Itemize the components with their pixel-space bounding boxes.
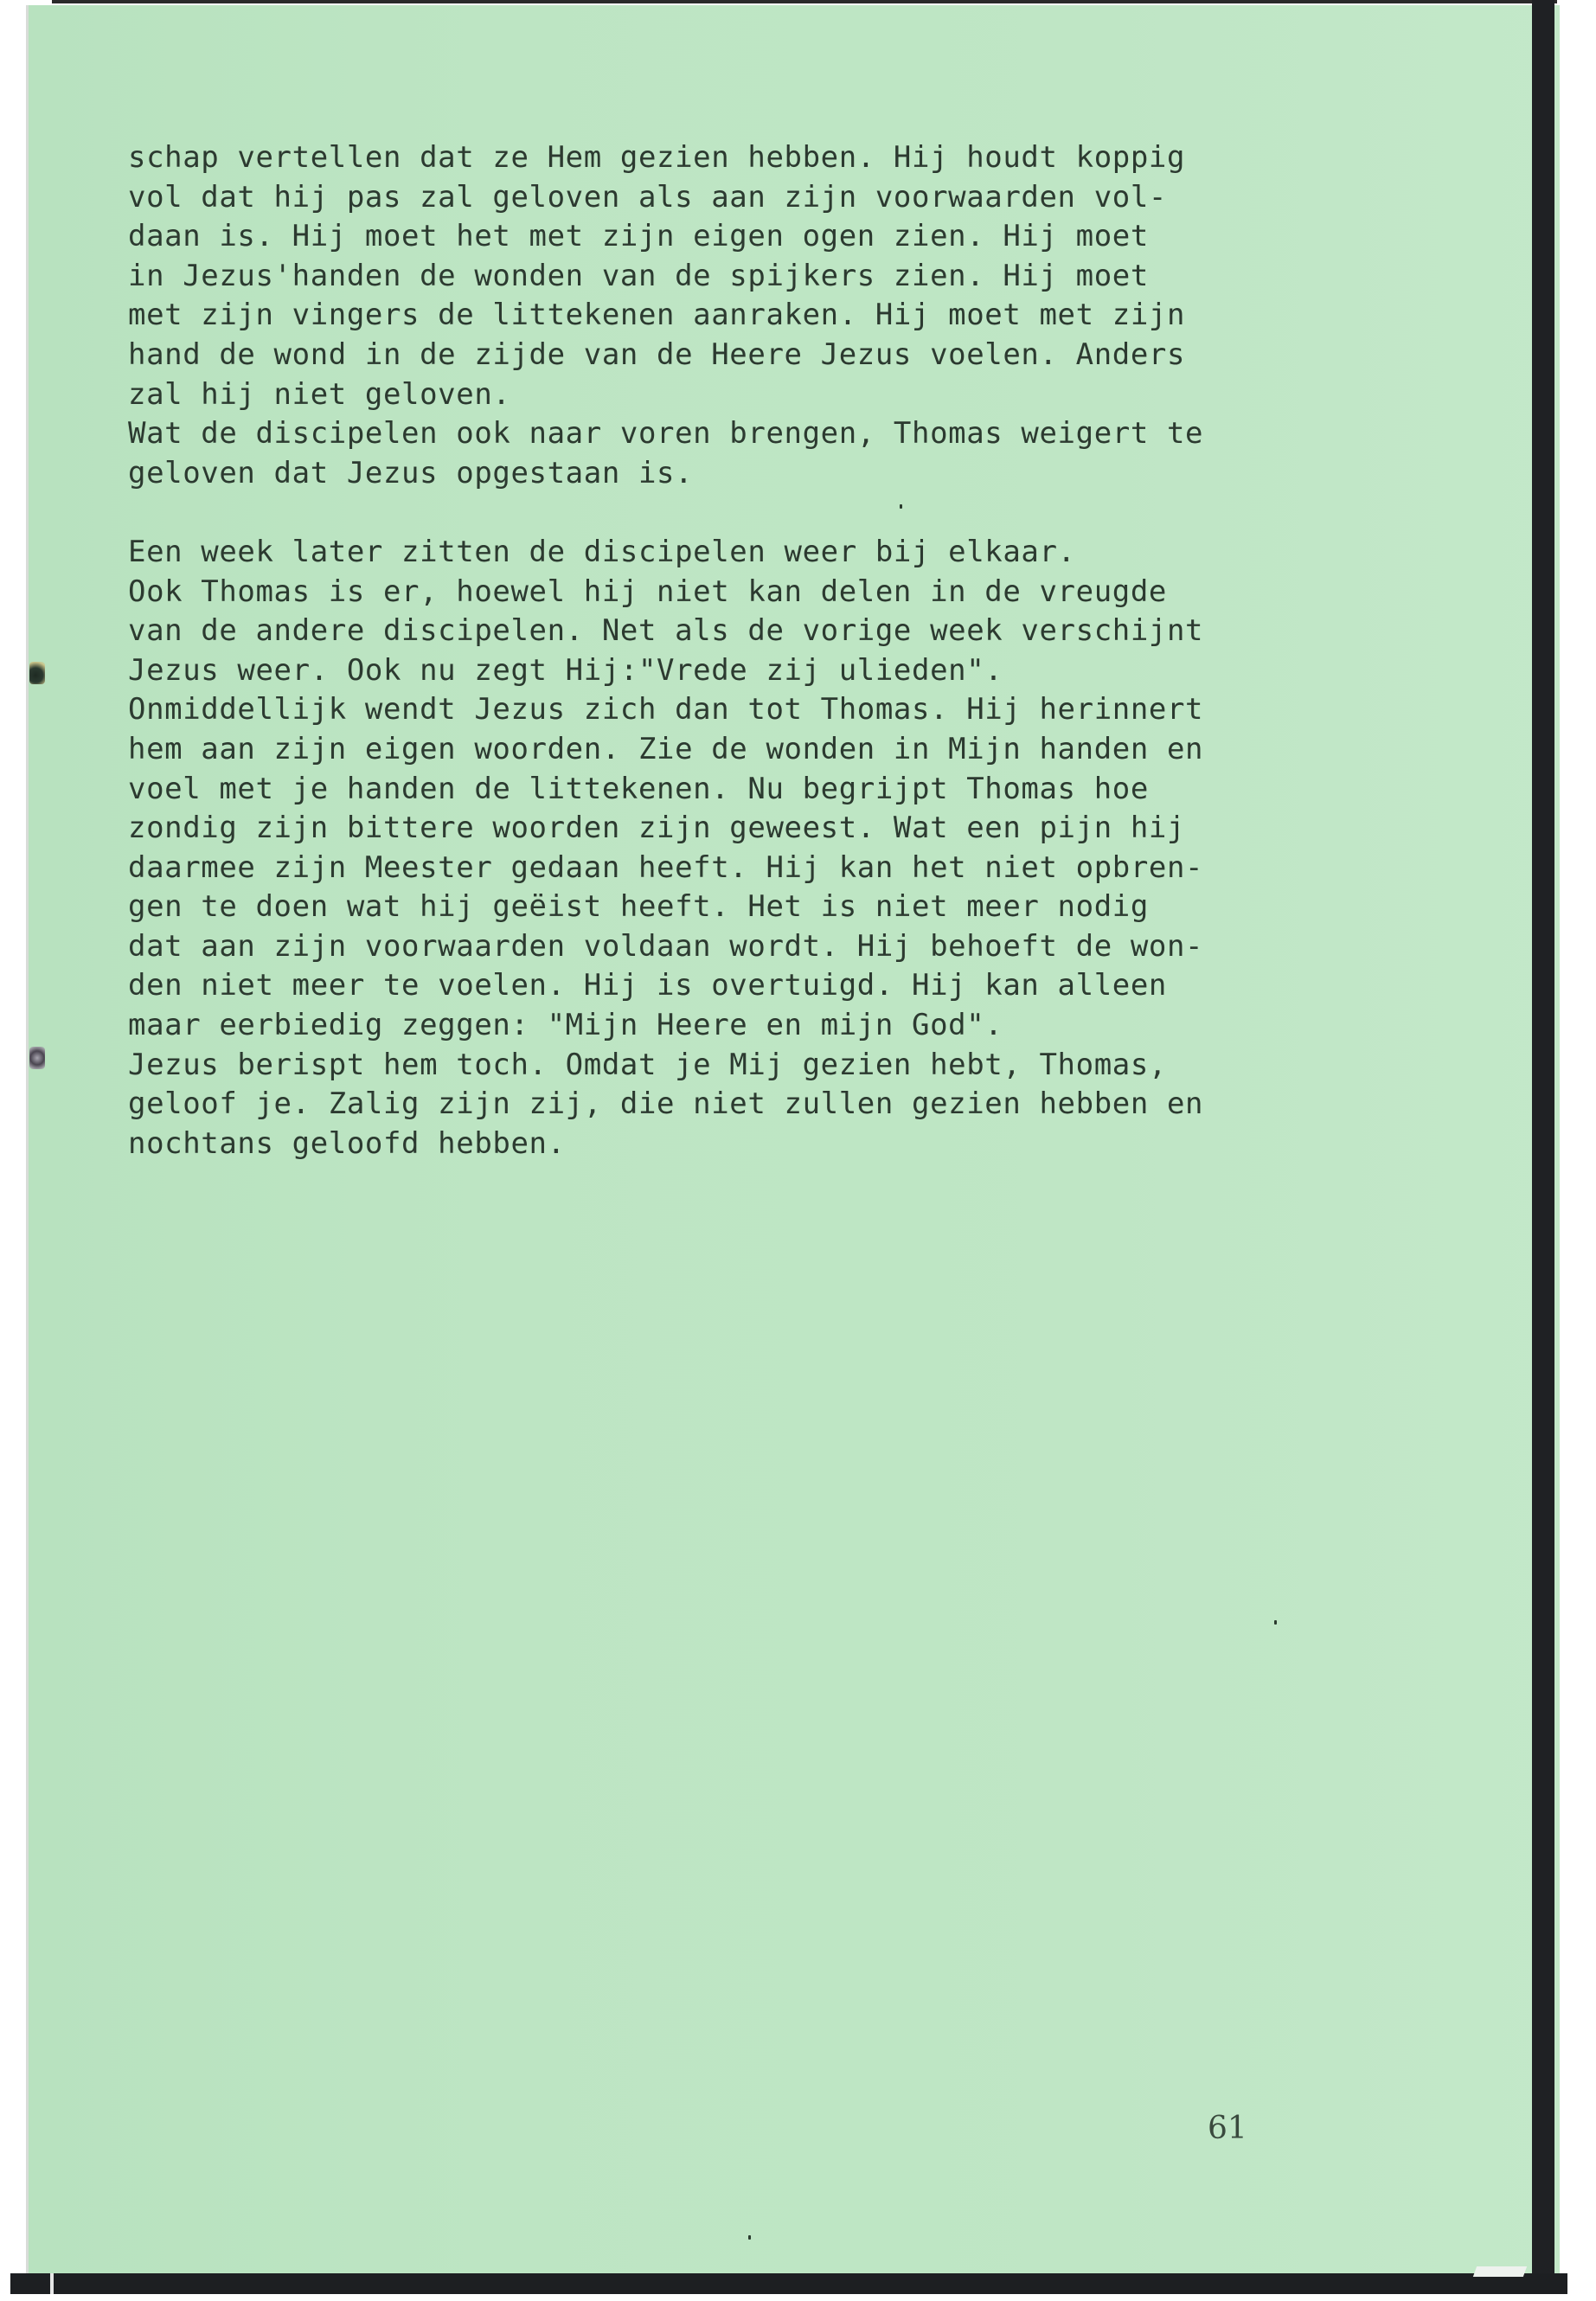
- paper-speck: [1274, 1620, 1277, 1625]
- text-line: geloof je. Zalig zijn zij, die niet zull…: [128, 1085, 1356, 1125]
- bottom-edge-gap: [50, 2273, 54, 2294]
- bottom-binding-edge: [10, 2273, 1567, 2294]
- staple-top-icon: [29, 662, 45, 684]
- text-line: Wat de discipelen ook naar voren brengen…: [128, 414, 1356, 454]
- top-edge-rule: [52, 0, 1557, 3]
- text-line: hand de wond in de zijde van de Heere Je…: [128, 336, 1356, 375]
- scanned-page: schap vertellen dat ze Hem gezien hebben…: [0, 0, 1596, 2301]
- text-line: zondig zijn bittere woorden zijn geweest…: [128, 809, 1356, 849]
- folded-corner: [1473, 2266, 1527, 2277]
- text-line: Ook Thomas is er, hoewel hij niet kan de…: [128, 573, 1356, 612]
- text-line: schap vertellen dat ze Hem gezien hebben…: [128, 138, 1356, 178]
- paragraph: schap vertellen dat ze Hem gezien hebben…: [128, 138, 1356, 493]
- text-line: van de andere discipelen. Net als de vor…: [128, 612, 1356, 651]
- text-line: met zijn vingers de littekenen aanraken.…: [128, 296, 1356, 336]
- text-line: den niet meer te voelen. Hij is overtuig…: [128, 966, 1356, 1006]
- paper-speck: [748, 2235, 751, 2240]
- paragraph-break: [128, 493, 1356, 533]
- text-line: Onmiddellijk wendt Jezus zich dan tot Th…: [128, 690, 1356, 730]
- text-line: vol dat hij pas zal geloven als aan zijn…: [128, 178, 1356, 218]
- text-line: hem aan zijn eigen woorden. Zie de wonde…: [128, 730, 1356, 770]
- body-text: schap vertellen dat ze Hem gezien hebben…: [128, 138, 1356, 1163]
- text-line: zal hij niet geloven.: [128, 375, 1356, 415]
- staple-bottom-icon: [29, 1047, 45, 1069]
- text-line: Jezus berispt hem toch. Omdat je Mij gez…: [128, 1046, 1356, 1086]
- text-line: maar eerbiedig zeggen: "Mijn Heere en mi…: [128, 1006, 1356, 1046]
- text-line: voel met je handen de littekenen. Nu beg…: [128, 770, 1356, 810]
- text-line: geloven dat Jezus opgestaan is.: [128, 454, 1356, 494]
- text-line: Jezus weer. Ook nu zegt Hij:"Vrede zij u…: [128, 651, 1356, 691]
- text-line: in Jezus'handen de wonden van de spijker…: [128, 257, 1356, 297]
- text-line: daan is. Hij moet het met zijn eigen oge…: [128, 217, 1356, 257]
- text-line: gen te doen wat hij geëist heeft. Het is…: [128, 888, 1356, 927]
- text-line: nochtans geloofd hebben.: [128, 1125, 1356, 1164]
- text-line: Een week later zitten de discipelen weer…: [128, 533, 1356, 573]
- text-line: dat aan zijn voorwaarden voldaan wordt. …: [128, 927, 1356, 967]
- text-line: daarmee zijn Meester gedaan heeft. Hij k…: [128, 849, 1356, 888]
- paragraph: Een week later zitten de discipelen weer…: [128, 533, 1356, 1164]
- page-number: 61: [1208, 2111, 1247, 2146]
- right-binding-edge: [1532, 0, 1554, 2292]
